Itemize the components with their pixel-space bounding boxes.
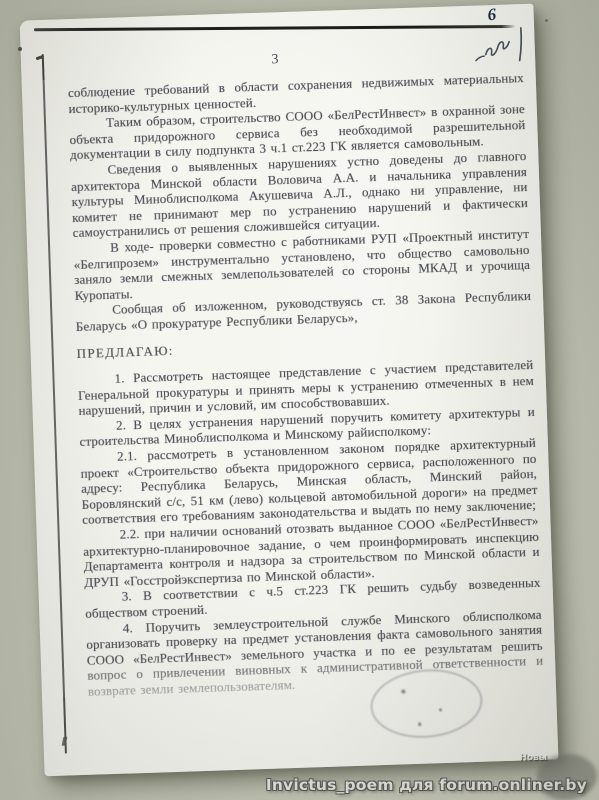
- document-paragraph: 2.1. рассмотреть в установленном законом…: [80, 435, 538, 528]
- dust-speck: [18, 47, 22, 51]
- typed-page-number: 3: [67, 45, 483, 75]
- dust-speck: [545, 19, 548, 22]
- handwritten-page-number: 6: [487, 5, 498, 26]
- document-page: 6 3 соблюдение требований в области сохр…: [20, 4, 559, 777]
- document-body: соблюдение требований в области сохранен…: [68, 70, 544, 699]
- watermark-credit: Invictus_poem для forum.onliner.by: [266, 776, 587, 794]
- watermark-logo-text: Новы: [519, 753, 547, 763]
- photocopy-edge-line-top: [34, 25, 516, 32]
- handwritten-scribble-icon: [467, 21, 540, 77]
- photo-background: 6 3 соблюдение требований в области сохр…: [0, 0, 599, 800]
- photocopy-edge-line-left: [42, 54, 67, 754]
- document-paragraph: ПРЕДЛАГАЮ:: [76, 330, 532, 361]
- document-paragraph: Сведения о выявленных нарушениях устно д…: [70, 148, 528, 241]
- ink-speck: [439, 708, 442, 711]
- ink-speck: [401, 689, 405, 693]
- ink-speck: [418, 722, 421, 726]
